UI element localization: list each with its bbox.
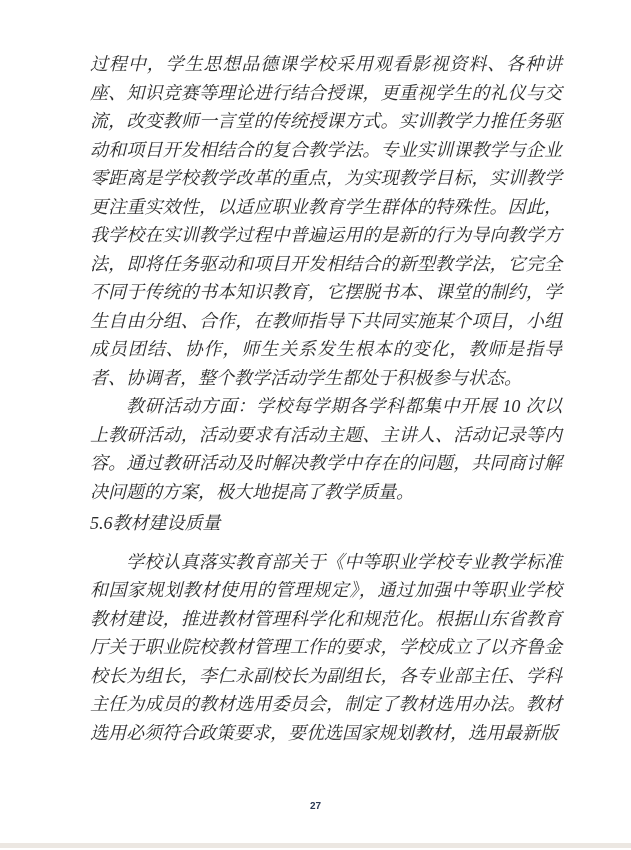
document-page: 过程中，学生思想品德课学校采用观看影视资料、各种讲座、知识竞赛等理论进行结合授课…: [0, 0, 631, 850]
paragraph-research-activities: 教研活动方面：学校每学期各学科都集中开展 10 次以上教研活动，活动要求有活动主…: [90, 392, 562, 506]
page-content: 过程中，学生思想品德课学校采用观看影视资料、各种讲座、知识竞赛等理论进行结合授课…: [90, 50, 562, 747]
paragraph-textbook-construction: 学校认真落实教育部关于《中等职业学校专业教学标准和国家规划教材使用的管理规定》，…: [90, 548, 562, 748]
page-bottom-edge: [0, 843, 631, 848]
page-number: 27: [0, 801, 631, 812]
paragraph-teaching-methods: 过程中，学生思想品德课学校采用观看影视资料、各种讲座、知识竞赛等理论进行结合授课…: [90, 50, 562, 392]
section-heading-5-6: 5.6教材建设质量: [90, 509, 562, 538]
